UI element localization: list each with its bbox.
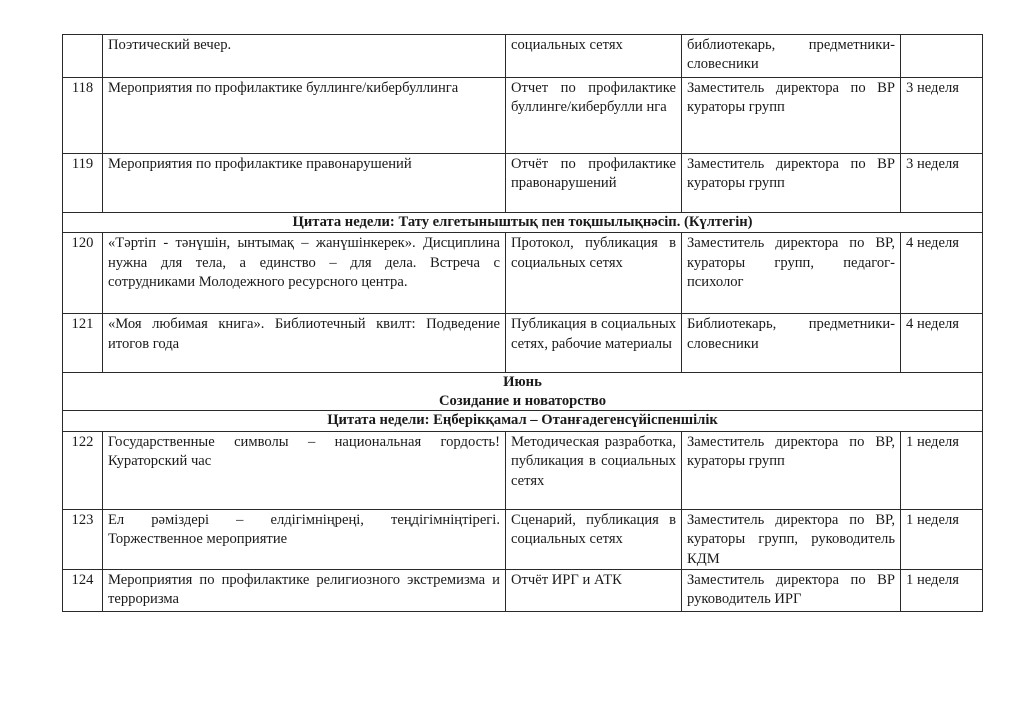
- events-plan-table: Поэтический вечер. социальных сетях библ…: [62, 34, 983, 612]
- form-cell: социальных сетях: [506, 35, 682, 78]
- quote-of-week: Цитата недели: Еңберікқамал – Отанғадеге…: [63, 411, 983, 431]
- row-number: [63, 35, 103, 78]
- event-cell: Поэтический вечер.: [103, 35, 506, 78]
- week-cell: 1 неделя: [901, 509, 983, 569]
- row-number: 122: [63, 431, 103, 509]
- responsible-cell: Заместитель директора по ВР, кураторы гр…: [682, 509, 901, 569]
- week-cell: [901, 35, 983, 78]
- event-cell: Мероприятия по профилактике религиозного…: [103, 570, 506, 612]
- week-cell: 1 неделя: [901, 431, 983, 509]
- table-row: 120 «Тәртіп - тәнүшін, ынтымақ – жанүшін…: [63, 233, 983, 314]
- responsible-cell: Заместитель директора по ВР кураторы гру…: [682, 154, 901, 213]
- responsible-cell: Заместитель директора по ВР, кураторы гр…: [682, 233, 901, 314]
- responsible-cell: Заместитель директора по ВР руководитель…: [682, 570, 901, 612]
- responsible-cell: Заместитель директора по ВР кураторы гру…: [682, 78, 901, 154]
- week-cell: 4 неделя: [901, 314, 983, 373]
- row-number: 121: [63, 314, 103, 373]
- table-row: 124 Мероприятия по профилактике религиоз…: [63, 570, 983, 612]
- event-cell: Ел рәміздері – елдігімніңреңі, теңдігімн…: [103, 509, 506, 569]
- table-row: 122 Государственные символы – национальн…: [63, 431, 983, 509]
- event-cell: «Моя любимая книга». Библиотечный квилт:…: [103, 314, 506, 373]
- table-row: 123 Ел рәміздері – елдігімніңреңі, теңді…: [63, 509, 983, 569]
- responsible-cell: Библиотекарь, предметники-словесники: [682, 314, 901, 373]
- quote-of-week-row: Цитата недели: Еңберікқамал – Отанғадеге…: [63, 411, 983, 431]
- form-cell: Отчёт по профилактике правонарушений: [506, 154, 682, 213]
- table-row: Поэтический вечер. социальных сетях библ…: [63, 35, 983, 78]
- table-row: 121 «Моя любимая книга». Библиотечный кв…: [63, 314, 983, 373]
- table-row: 118 Мероприятия по профилактике буллинге…: [63, 78, 983, 154]
- quote-of-week: Цитата недели: Тату елгетыныштық пен тоқ…: [63, 213, 983, 233]
- table-row: 119 Мероприятия по профилактике правонар…: [63, 154, 983, 213]
- week-cell: 3 неделя: [901, 78, 983, 154]
- quote-of-week-row: Цитата недели: Тату елгетыныштық пен тоқ…: [63, 213, 983, 233]
- row-number: 118: [63, 78, 103, 154]
- month-theme: Созидание и новаторство: [67, 392, 978, 411]
- week-cell: 1 неделя: [901, 570, 983, 612]
- row-number: 124: [63, 570, 103, 612]
- form-cell: Методическая разработка, публикация в со…: [506, 431, 682, 509]
- event-cell: Мероприятия по профилактике буллинге/киб…: [103, 78, 506, 154]
- month-name: Июнь: [67, 373, 978, 392]
- form-cell: Сценарий, публикация в социальных сетях: [506, 509, 682, 569]
- event-cell: Мероприятия по профилактике правонарушен…: [103, 154, 506, 213]
- form-cell: Публикация в социальных сетях, рабочие м…: [506, 314, 682, 373]
- responsible-cell: Заместитель директора по ВР, кураторы гр…: [682, 431, 901, 509]
- responsible-cell: библиотекарь, предметники-словесники: [682, 35, 901, 78]
- row-number: 120: [63, 233, 103, 314]
- form-cell: Протокол, публикация в социальных сетях: [506, 233, 682, 314]
- form-cell: Отчёт ИРГ и АТК: [506, 570, 682, 612]
- row-number: 119: [63, 154, 103, 213]
- event-cell: Государственные символы – национальная г…: [103, 431, 506, 509]
- month-header-row: Июнь Созидание и новаторство: [63, 373, 983, 411]
- week-cell: 3 неделя: [901, 154, 983, 213]
- week-cell: 4 неделя: [901, 233, 983, 314]
- month-header: Июнь Созидание и новаторство: [63, 373, 983, 411]
- form-cell: Отчет по профилактике буллинге/кибербулл…: [506, 78, 682, 154]
- event-cell: «Тәртіп - тәнүшін, ынтымақ – жанүшінкере…: [103, 233, 506, 314]
- row-number: 123: [63, 509, 103, 569]
